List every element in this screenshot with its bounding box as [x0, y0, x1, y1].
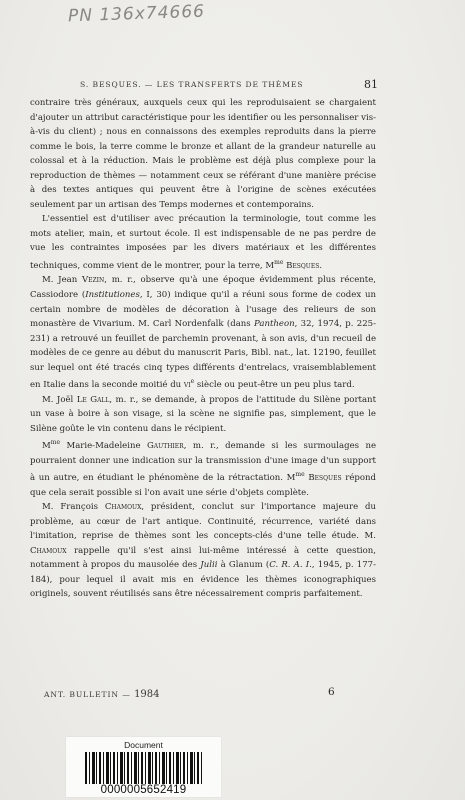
paragraph: M. Joël Le Gall, m. r., se demande, à pr… [30, 393, 376, 437]
text-segment: C. R. A. I. [269, 560, 312, 570]
text-segment: me [274, 259, 283, 266]
text-segment: M [42, 441, 51, 451]
text-segment: Pantheon [254, 319, 295, 329]
text-segment: L'essentiel est d'utiliser avec précauti… [30, 214, 376, 270]
paragraph: M. Jean Vezin, m. r., observe qu'à une é… [30, 273, 376, 392]
barcode-title: Document [66, 740, 221, 750]
barcode-number: 0000005652419 [66, 784, 221, 796]
page-number: 81 [364, 78, 378, 91]
barcode-label: Document 0000005652419 [66, 737, 221, 797]
paragraph: L'essentiel est d'utiliser avec précauti… [30, 212, 376, 273]
text-segment: Besques [308, 473, 341, 483]
text-segment: M. François [42, 502, 105, 512]
text-segment: Julii [200, 560, 217, 570]
text-segment: siècle ou peut-être un peu plus tard. [194, 380, 354, 390]
document-page: PN 136x74666 S. BESQUES. — LES TRANSFERT… [0, 0, 465, 800]
handwritten-shelfmark: PN 136x74666 [68, 2, 206, 27]
text-segment: à Glanum ( [217, 560, 269, 570]
text-segment: Chamoux [105, 502, 142, 512]
body-text: contraire très généraux, auxquels ceux q… [30, 96, 376, 602]
text-segment: M. Jean [42, 275, 82, 285]
footer-journal: ANT. BULLETIN — 1984 [44, 689, 160, 700]
text-segment: me [51, 439, 60, 446]
text-segment: Chamoux [30, 546, 67, 556]
barcode-icon [85, 752, 203, 784]
text-segment: M. Joël [42, 395, 77, 405]
paragraph: Mme Marie-Madeleine Gauthier, m. r., dem… [30, 436, 376, 500]
text-segment: Vezin [82, 275, 104, 285]
text-segment: Gauthier [147, 441, 184, 451]
footer-signature-mark: 6 [328, 686, 335, 698]
text-segment: Institutiones [85, 290, 140, 300]
text-segment: Le Gall [77, 395, 110, 405]
footer-year: 1984 [134, 689, 159, 700]
text-segment: me [295, 471, 304, 478]
paragraph: M. François Chamoux, président, conclut … [30, 500, 376, 602]
footer-journal-name: ANT. BULLETIN — [44, 690, 131, 699]
text-segment: contraire très généraux, auxquels ceux q… [30, 98, 376, 210]
paragraph: contraire très généraux, auxquels ceux q… [30, 96, 376, 212]
text-segment: Besques [286, 261, 319, 271]
text-segment: Marie-Madeleine [60, 441, 147, 451]
text-segment: . [319, 261, 322, 271]
running-head: S. BESQUES. — LES TRANSFERTS DE THÈMES [80, 80, 380, 89]
text-segment: vi [184, 380, 191, 390]
